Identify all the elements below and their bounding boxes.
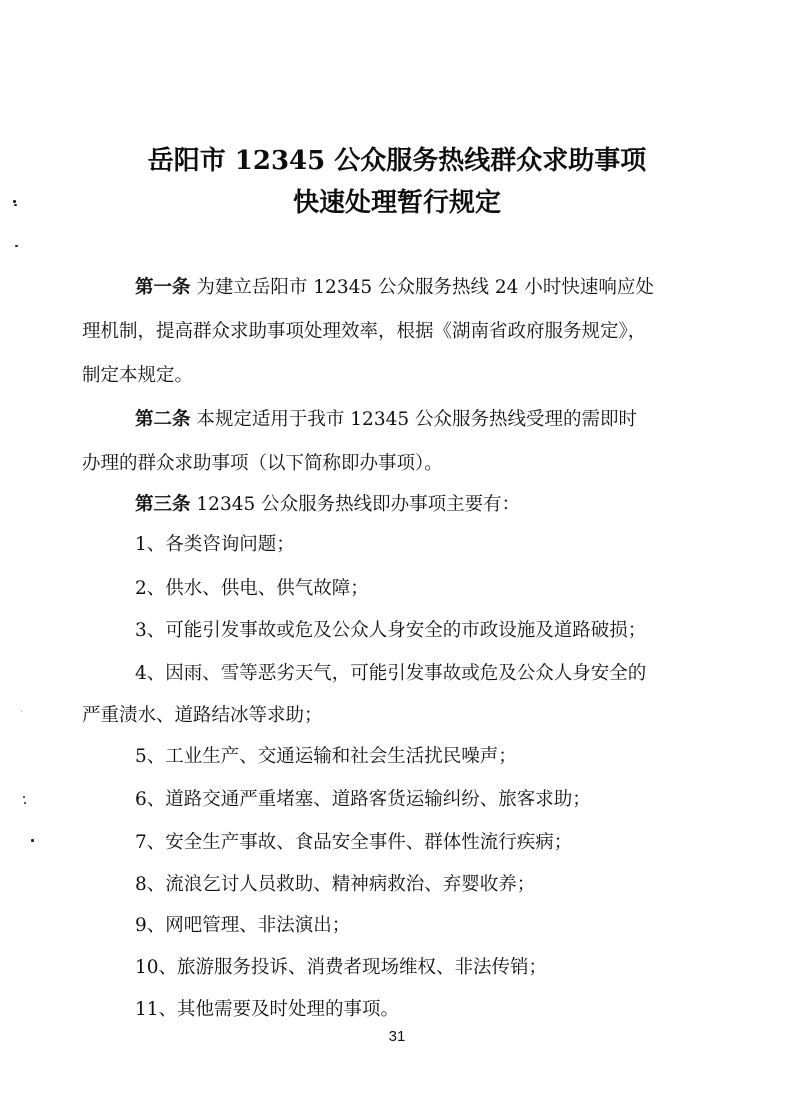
article-1-line-2: 理机制，提高群众求助事项处理效率，根据《湖南省政府服务规定》， <box>82 320 646 344</box>
article-1-line-3: 制定本规定。 <box>82 364 193 388</box>
article-2-text-1: 本规定适用于我市 12345 公众服务热线受理的需即时 <box>196 409 637 430</box>
scan-speck <box>15 245 18 247</box>
article-3-text-1: 12345 公众服务热线即办事项主要有： <box>196 494 520 515</box>
document-title-line-2: 快速处理暂行规定 <box>0 182 794 219</box>
list-item-5: 5、工业生产、交通运输和社会生活扰民噪声； <box>135 745 517 769</box>
scan-speck <box>14 204 17 206</box>
list-item-8: 8、流浪乞讨人员救助、精神病救治、弃婴收养； <box>135 873 535 897</box>
article-3-heading: 第三条 <box>135 494 191 515</box>
list-item-4: 4、因雨、雪等恶劣天气，可能引发事故或危及公众人身安全的 <box>135 662 646 686</box>
scan-speck <box>23 796 25 798</box>
article-2-line-1: 第二条 本规定适用于我市 12345 公众服务热线受理的需即时 <box>135 408 637 432</box>
scan-speck <box>31 839 34 842</box>
document-page: 岳阳市 12345 公众服务热线群众求助事项 快速处理暂行规定 第一条 为建立岳… <box>0 0 794 1118</box>
article-1-line-1: 第一条 为建立岳阳市 12345 公众服务热线 24 小时快速响应处 <box>135 276 654 300</box>
article-2-line-2: 办理的群众求助事项（以下简称即办事项）。 <box>82 452 443 476</box>
list-item-4-continued: 严重渍水、道路结冰等求助； <box>82 704 323 728</box>
list-item-7: 7、安全生产事故、食品安全事件、群体性流行疾病； <box>135 831 572 855</box>
list-item-10: 10、旅游服务投诉、消费者现场维权、非法传销； <box>135 956 547 980</box>
list-item-1: 1、各类咨询问题； <box>135 533 295 557</box>
list-item-6: 6、道路交通严重堵塞、道路客货运输纠纷、旅客求助； <box>135 788 591 812</box>
article-2-heading: 第二条 <box>135 409 191 430</box>
list-item-3: 3、可能引发事故或危及公众人身安全的市政设施及道路破损； <box>135 619 646 643</box>
list-item-2: 2、供水、供电、供气故障； <box>135 577 369 601</box>
document-title-line-1: 岳阳市 12345 公众服务热线群众求助事项 <box>0 140 794 177</box>
scan-speck <box>21 711 22 712</box>
page-number: 31 <box>0 1028 794 1045</box>
scan-speck <box>24 802 26 804</box>
scan-speck <box>13 200 16 203</box>
article-1-heading: 第一条 <box>135 277 191 298</box>
article-3-line-1: 第三条 12345 公众服务热线即办事项主要有： <box>135 493 520 517</box>
list-item-9: 9、网吧管理、非法演出； <box>135 914 350 938</box>
article-1-text-1: 为建立岳阳市 12345 公众服务热线 24 小时快速响应处 <box>196 277 653 298</box>
list-item-11: 11、其他需要及时处理的事项。 <box>135 998 399 1022</box>
